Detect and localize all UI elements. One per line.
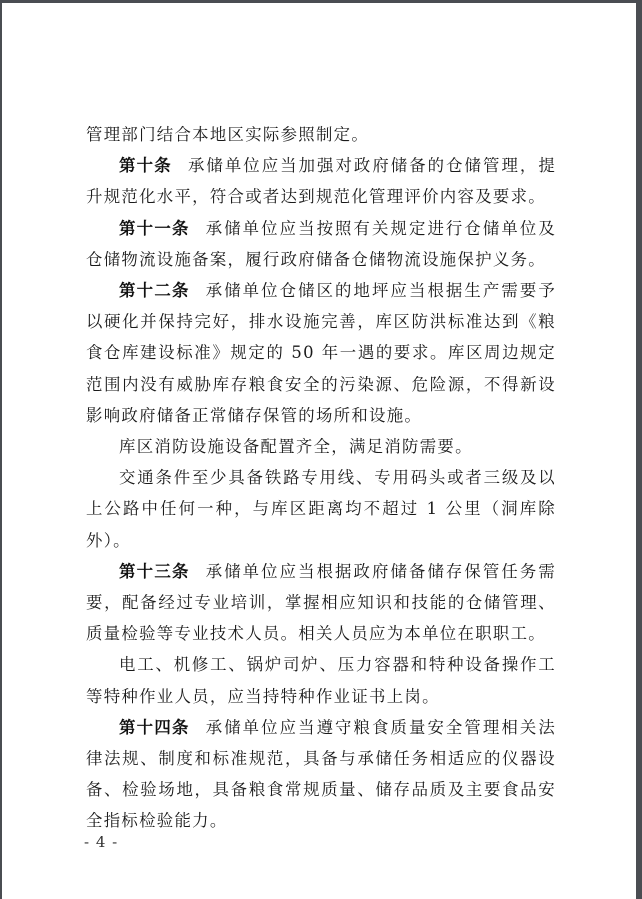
article-14: 第十四条承储单位应当遵守粮食质量安全管理相关法律法规、制度和标准规范，具备与承储… [86,712,556,837]
paragraph-text: 承储单位仓储区的地坪应当根据生产需要予以硬化并保持完好，排水设施完善，库区防洪标… [86,281,556,425]
article-number: 第十二条 [119,281,190,300]
article-13: 第十三条承储单位应当根据政府储备储存保管任务需要，配备经过专业培训，掌握相应知识… [86,556,556,650]
paragraph-transport: 交通条件至少具备铁路专用线、专用码头或者三级及以上公路中任何一种，与库区距离均不… [86,462,556,556]
paragraph-fire-safety: 库区消防设施设备配置齐全，满足消防需要。 [86,431,556,462]
document-page: 管理部门结合本地区实际参照制定。 第十条承储单位应当加强对政府储备的仓储管理，提… [2,3,636,899]
document-body: 管理部门结合本地区实际参照制定。 第十条承储单位应当加强对政府储备的仓储管理，提… [86,119,556,837]
paragraph-text: 电工、机修工、锅炉司炉、压力容器和特种设备操作工等特种作业人员，应当持特种作业证… [86,655,556,705]
article-12: 第十二条承储单位仓储区的地坪应当根据生产需要予以硬化并保持完好，排水设施完善，库… [86,275,556,431]
paragraph-text: 交通条件至少具备铁路专用线、专用码头或者三级及以上公路中任何一种，与库区距离均不… [86,468,556,549]
paragraph-continuation: 管理部门结合本地区实际参照制定。 [86,119,556,150]
article-number: 第十条 [119,156,172,175]
paragraph-text: 管理部门结合本地区实际参照制定。 [86,125,369,144]
article-number: 第十三条 [119,562,190,581]
paragraph-text: 库区消防设施设备配置齐全，满足消防需要。 [119,437,473,456]
article-10: 第十条承储单位应当加强对政府储备的仓储管理，提升规范化水平，符合或者达到规范化管… [86,150,556,212]
article-11: 第十一条承储单位应当按照有关规定进行仓储单位及仓储物流设施备案，履行政府储备仓储… [86,213,556,275]
paragraph-special-workers: 电工、机修工、锅炉司炉、压力容器和特种设备操作工等特种作业人员，应当持特种作业证… [86,649,556,711]
page-number: - 4 - [84,833,118,851]
article-number: 第十四条 [119,718,190,737]
article-number: 第十一条 [119,219,190,238]
